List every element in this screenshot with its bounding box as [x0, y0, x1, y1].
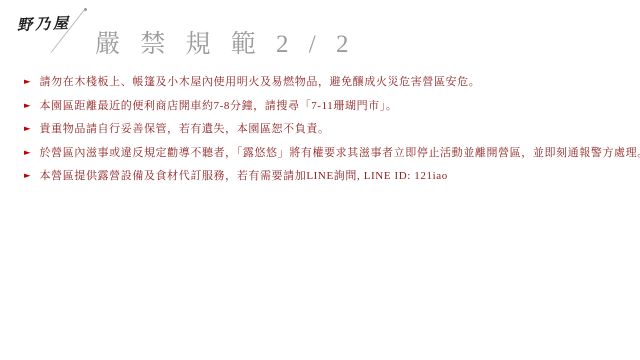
slash-decoration-dot [84, 8, 87, 11]
rule-item: ► 本園區距離最近的便利商店開車約7-8分鐘，請搜尋「7-11珊瑚門市」。 [24, 99, 624, 115]
bullet-triangle-icon: ► [24, 169, 31, 184]
bullet-triangle-icon: ► [24, 99, 31, 114]
rule-item: ► 請勿在木棧板上、帳篷及小木屋內使用明火及易燃物品，避免釀成火災危害營區安危。 [24, 75, 624, 91]
page-title: 嚴 禁 規 範 2 / 2 [95, 24, 355, 60]
bullet-triangle-icon: ► [24, 122, 31, 137]
bullet-triangle-icon: ► [24, 75, 31, 90]
rule-text: 本園區距離最近的便利商店開車約7-8分鐘，請搜尋「7-11珊瑚門市」。 [40, 99, 398, 114]
rule-item: ► 於營區內滋事或違反規定勸導不聽者，「露悠悠」將有權要求其滋事者立即停止活動並… [24, 146, 624, 162]
rule-text: 請勿在木棧板上、帳篷及小木屋內使用明火及易燃物品，避免釀成火災危害營區安危。 [40, 75, 481, 90]
rule-text: 於營區內滋事或違反規定勸導不聽者，「露悠悠」將有權要求其滋事者立即停止活動並離開… [40, 146, 640, 161]
rule-text: 貴重物品請自行妥善保管，若有遺失，本園區恕不負責。 [40, 122, 330, 137]
rule-text: 本營區提供露營設備及食材代訂服務，若有需要請加LINE詢問, LINE ID: … [40, 169, 448, 184]
brand-logo: 野乃屋 [17, 12, 72, 35]
bullet-triangle-icon: ► [24, 146, 31, 161]
rules-list: ► 請勿在木棧板上、帳篷及小木屋內使用明火及易燃物品，避免釀成火災危害營區安危。… [24, 75, 624, 193]
rule-item: ► 本營區提供露營設備及食材代訂服務，若有需要請加LINE詢問, LINE ID… [24, 169, 624, 185]
rule-item: ► 貴重物品請自行妥善保管，若有遺失，本園區恕不負責。 [24, 122, 624, 138]
slide: 野乃屋 嚴 禁 規 範 2 / 2 ► 請勿在木棧板上、帳篷及小木屋內使用明火及… [0, 0, 640, 360]
